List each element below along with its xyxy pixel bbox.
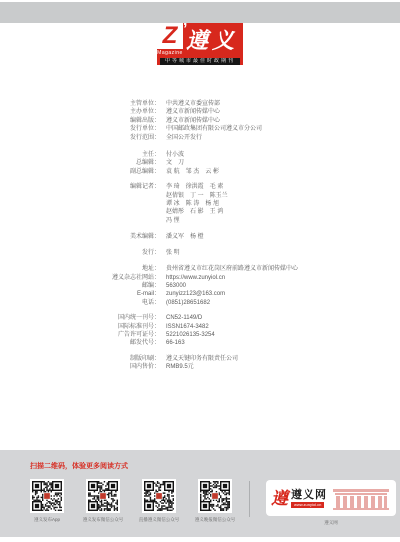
qr-code bbox=[198, 479, 232, 513]
logo-red-box: Z ’ Magazine 遵义 bbox=[157, 23, 243, 58]
field-value: 谭 冰 陈 涛 杨 旭 bbox=[166, 200, 219, 208]
magazine-colophon-page: Z ’ Magazine 遵义 中等城市最佳时政期刊 主管单位：中共遵义市委宣传… bbox=[0, 0, 400, 542]
info-row: 国内统一刊号：CN52-1149/D bbox=[30, 314, 370, 322]
info-row: 编辑出版：遵义市新闻传媒中心 bbox=[30, 117, 370, 125]
field-value: 遵义市新闻传媒中心 bbox=[166, 108, 220, 116]
info-row: 冯 悝 bbox=[30, 217, 370, 225]
field-label: 广告许可证号： bbox=[30, 331, 160, 339]
field-value: 李 琦 徐洪霞 毛 素 bbox=[166, 183, 223, 191]
field-label: 主办单位： bbox=[30, 108, 160, 116]
zunyi-web-mark-icon: 遵 bbox=[271, 490, 288, 507]
info-row: 主办单位：遵义市新闻传媒中心 bbox=[30, 108, 370, 116]
field-value: 付小波 bbox=[166, 151, 184, 159]
publication-codes-block: 国内统一刊号：CN52-1149/D 国际标准刊号：ISSN1674-3482 … bbox=[30, 314, 370, 348]
price-value: RMB9.5元 bbox=[166, 363, 194, 371]
qr-code-pattern bbox=[32, 481, 62, 511]
field-label: E-mail： bbox=[30, 290, 160, 298]
info-row: 地址：贵州省遵义市红花岗区府前路遵义市新闻传媒中心 bbox=[30, 265, 370, 273]
logo-tagline-bar: 中等城市最佳时政期刊 bbox=[157, 58, 243, 65]
field-label: 制版印刷： bbox=[30, 355, 160, 363]
qr-caption: 遵义发布微信公众号 bbox=[81, 517, 125, 523]
top-gray-band bbox=[0, 2, 400, 23]
qr-code-pattern bbox=[144, 481, 174, 511]
info-row: 广告许可证号：5221026135-3254 bbox=[30, 331, 370, 339]
field-value: 中共遵义市委宣传部 bbox=[166, 100, 220, 108]
logo-z-letter: Z bbox=[163, 24, 178, 48]
zunyi-web-caption: 遵义网 bbox=[266, 520, 396, 526]
field-value: 遵义市新闻传媒中心 bbox=[166, 117, 220, 125]
field-label: 发行单位： bbox=[30, 125, 160, 133]
qr-caption: 遵义晚报微信公众号 bbox=[193, 517, 237, 523]
art-editor-block: 美术编辑：潘义军 杨 橙 bbox=[30, 233, 370, 241]
info-row: 主管单位：中共遵义市委宣传部 bbox=[30, 100, 370, 108]
qr-section-heading: 扫描二维码，体验更多阅读方式 bbox=[30, 461, 128, 471]
qr-item-wechat-fabu: 遵义发布微信公众号 bbox=[81, 479, 125, 523]
qr-item-app: 遵义发布App bbox=[25, 479, 69, 523]
field-value: 文 刀 bbox=[166, 159, 184, 167]
info-row: 主任：付小波 bbox=[30, 151, 370, 159]
logo-magazine-word: Magazine bbox=[157, 49, 183, 58]
colophon-content: 主管单位：中共遵义市委宣传部 主办单位：遵义市新闻传媒中心 编辑出版：遵义市新闻… bbox=[30, 100, 370, 379]
conference-building-illustration bbox=[331, 485, 391, 511]
qr-caption: 直播遵义微信公众号 bbox=[137, 517, 181, 523]
info-row: 副总编辑：袁 航 邹 杰 云 彬 bbox=[30, 168, 370, 176]
field-label bbox=[30, 200, 160, 208]
field-value: 赵婧彤 石 影 王 鸿 bbox=[166, 208, 223, 216]
field-value: 563000 bbox=[166, 282, 186, 290]
editors-block: 编辑记者：李 琦 徐洪霞 毛 素 赵倩银 丁 一 陈玉兰 谭 冰 陈 涛 杨 旭… bbox=[30, 183, 370, 225]
info-row: 制版印刷：遵义天键印务有限责任公司 bbox=[30, 355, 370, 363]
zunyi-web-url: www.zunyiol.cn bbox=[291, 502, 324, 508]
field-label: 主管单位： bbox=[30, 100, 160, 108]
org-block: 主管单位：中共遵义市委宣传部 主办单位：遵义市新闻传媒中心 编辑出版：遵义市新闻… bbox=[30, 100, 370, 142]
info-row: 发行：张 明 bbox=[30, 249, 370, 257]
info-row: 赵倩银 丁 一 陈玉兰 bbox=[30, 192, 370, 200]
info-row: 总编辑：文 刀 bbox=[30, 159, 370, 167]
field-label: 编辑出版： bbox=[30, 117, 160, 125]
field-value: 全国公开发行 bbox=[166, 134, 202, 142]
qr-code bbox=[30, 479, 64, 513]
field-label: 遵义杂志社网站： bbox=[30, 274, 160, 282]
field-value: ISSN1674-3482 bbox=[166, 323, 209, 331]
qr-item-wechat-zhibo: 直播遵义微信公众号 bbox=[137, 479, 181, 523]
field-label: 地址： bbox=[30, 265, 160, 273]
qr-code bbox=[142, 479, 176, 513]
field-value: 张 明 bbox=[166, 249, 180, 257]
field-value: 潘义军 杨 橙 bbox=[166, 233, 204, 241]
zunyi-web-texts: 遵义网 www.zunyiol.cn bbox=[291, 489, 327, 508]
field-label: 发行范围： bbox=[30, 134, 160, 142]
field-label: 邮编： bbox=[30, 282, 160, 290]
info-row: 邮发代号：66-163 bbox=[30, 339, 370, 347]
info-row: 国际标准刊号：ISSN1674-3482 bbox=[30, 323, 370, 331]
info-row: 国内售价：RMB9.5元 bbox=[30, 363, 370, 371]
field-value: 5221026135-3254 bbox=[166, 331, 215, 339]
info-row: 编辑记者：李 琦 徐洪霞 毛 素 bbox=[30, 183, 370, 191]
field-value: 遵义天键印务有限责任公司 bbox=[166, 355, 238, 363]
info-row: 谭 冰 陈 涛 杨 旭 bbox=[30, 200, 370, 208]
field-label: 美术编辑： bbox=[30, 233, 160, 241]
field-label: 国内统一刊号： bbox=[30, 314, 160, 322]
info-row: E-mail：zunyizz123@163.com bbox=[30, 290, 370, 298]
field-label: 邮发代号： bbox=[30, 339, 160, 347]
field-value: CN52-1149/D bbox=[166, 314, 202, 322]
info-row: 美术编辑：潘义军 杨 橙 bbox=[30, 233, 370, 241]
info-row: 遵义杂志社网站：https://www.zunyiol.cn bbox=[30, 274, 370, 282]
info-row: 发行范围：全国公开发行 bbox=[30, 134, 370, 142]
email-value: zunyizz123@163.com bbox=[166, 290, 225, 298]
info-row: 电话：(0851)28651682 bbox=[30, 299, 370, 307]
field-label bbox=[30, 192, 160, 200]
field-label: 国内售价： bbox=[30, 363, 160, 371]
logo-z-panel: Z bbox=[157, 23, 183, 49]
field-value: 赵倩银 丁 一 陈玉兰 bbox=[166, 192, 228, 200]
field-value: 冯 悝 bbox=[166, 217, 180, 225]
qr-footer-section: 扫描二维码，体验更多阅读方式 遵义发布App 遵义发布微信公众号 直播遵义微信公… bbox=[0, 450, 400, 537]
field-label: 编辑记者： bbox=[30, 183, 160, 191]
field-label bbox=[30, 208, 160, 216]
qr-caption: 遵义发布App bbox=[25, 517, 69, 523]
field-label: 主任： bbox=[30, 151, 160, 159]
field-label: 国际标准刊号： bbox=[30, 323, 160, 331]
print-price-block: 制版印刷：遵义天键印务有限责任公司 国内售价：RMB9.5元 bbox=[30, 355, 370, 372]
info-row: 邮编：563000 bbox=[30, 282, 370, 290]
field-value: 66-163 bbox=[166, 339, 185, 347]
logo-title-calligraphy: 遵义 bbox=[184, 24, 240, 55]
field-label: 总编辑： bbox=[30, 159, 160, 167]
zunyi-web-logo-box: 遵 遵义网 www.zunyiol.cn bbox=[266, 480, 396, 516]
phone-value: (0851)28651682 bbox=[166, 299, 210, 307]
qr-code-pattern bbox=[88, 481, 118, 511]
field-label bbox=[30, 217, 160, 225]
qr-item-wechat-wanbao: 遵义晚报微信公众号 bbox=[193, 479, 237, 523]
field-value: 贵州省遵义市红花岗区府前路遵义市新闻传媒中心 bbox=[166, 265, 298, 273]
field-label: 电话： bbox=[30, 299, 160, 307]
zunyi-web-name: 遵义网 bbox=[291, 489, 327, 501]
info-row: 发行单位：中国邮政集团有限公司遵义市分公司 bbox=[30, 125, 370, 133]
info-row: 赵婧彤 石 影 王 鸿 bbox=[30, 208, 370, 216]
footer-divider bbox=[249, 481, 250, 517]
contact-block: 地址：贵州省遵义市红花岗区府前路遵义市新闻传媒中心 遵义杂志社网站：https:… bbox=[30, 265, 370, 307]
field-label: 副总编辑： bbox=[30, 168, 160, 176]
field-value: 袁 航 邹 杰 云 彬 bbox=[166, 168, 219, 176]
field-value: 中国邮政集团有限公司遵义市分公司 bbox=[166, 125, 262, 133]
circulation-block: 发行：张 明 bbox=[30, 249, 370, 257]
qr-code bbox=[86, 479, 120, 513]
magazine-logo: Z ’ Magazine 遵义 中等城市最佳时政期刊 bbox=[157, 23, 243, 65]
leadership-block: 主任：付小波 总编辑：文 刀 副总编辑：袁 航 邹 杰 云 彬 bbox=[30, 151, 370, 176]
field-label: 发行： bbox=[30, 249, 160, 257]
qr-code-pattern bbox=[200, 481, 230, 511]
website-url: https://www.zunyiol.cn bbox=[166, 274, 225, 282]
